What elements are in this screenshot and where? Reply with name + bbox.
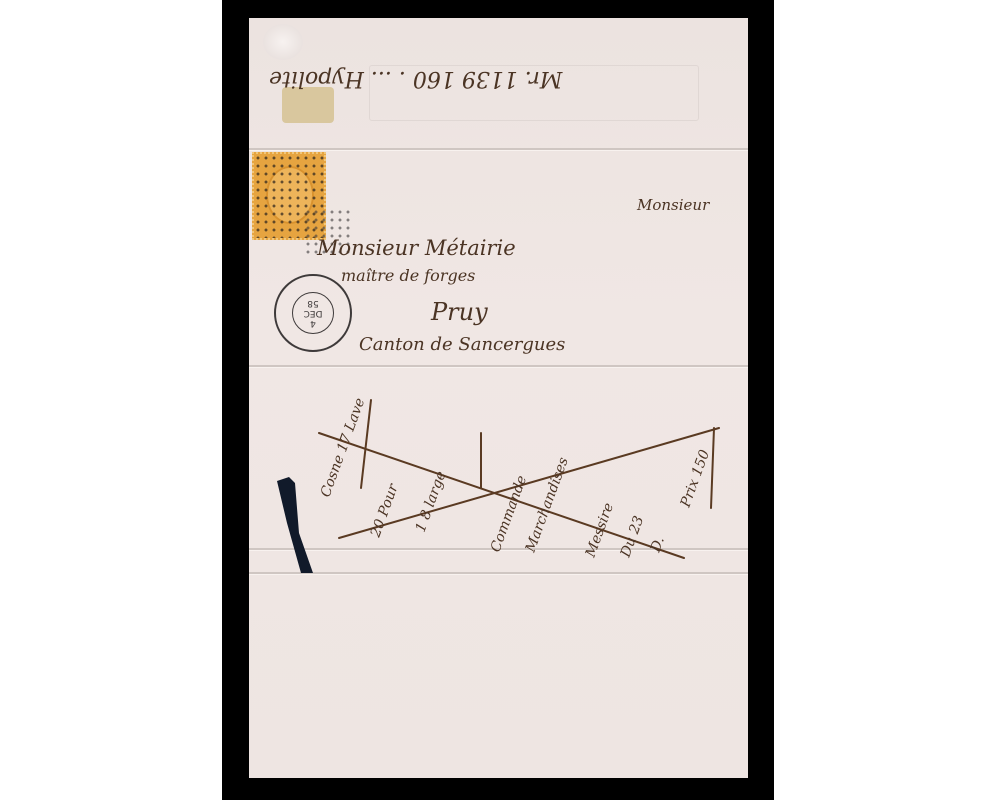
svg-text:20 Pour: 20 Pour: [367, 481, 402, 541]
address-line-1: Monsieur Métairie: [317, 236, 516, 260]
fold-line: [249, 572, 748, 574]
svg-text:1 8 large: 1 8 large: [413, 469, 450, 534]
docket-note: Mr. 1139 160 . ... Hypolite: [269, 66, 562, 91]
salutation: Monsieur: [637, 196, 709, 214]
svg-text:Prix 150: Prix 150: [677, 448, 713, 511]
postmark-month: DEC: [304, 308, 323, 318]
postmark-day: 4: [310, 318, 316, 328]
postmark-date: 4 DEC 58: [292, 292, 334, 334]
address-line-3: Pruy: [431, 298, 488, 326]
svg-text:Commande: Commande: [488, 473, 531, 554]
postmark-year: 58: [307, 298, 318, 308]
svg-text:Messire: Messire: [582, 501, 617, 560]
address-line-2: maître de forges: [341, 266, 475, 285]
wax-remnant: [282, 87, 334, 123]
postmark: 4 DEC 58: [274, 274, 352, 352]
letter-sheet: Mr. 1139 160 . ... Hypolite 4 DEC 58 Mon…: [249, 18, 748, 778]
crossed-notes: Cosne 17 Lave 20 Pour 1 8 large Commande…: [309, 388, 749, 568]
fold-line: [249, 365, 748, 367]
seal-mark: [263, 24, 303, 60]
address-line-4: Canton de Sancergues: [359, 334, 565, 355]
fold-line: [249, 148, 748, 150]
